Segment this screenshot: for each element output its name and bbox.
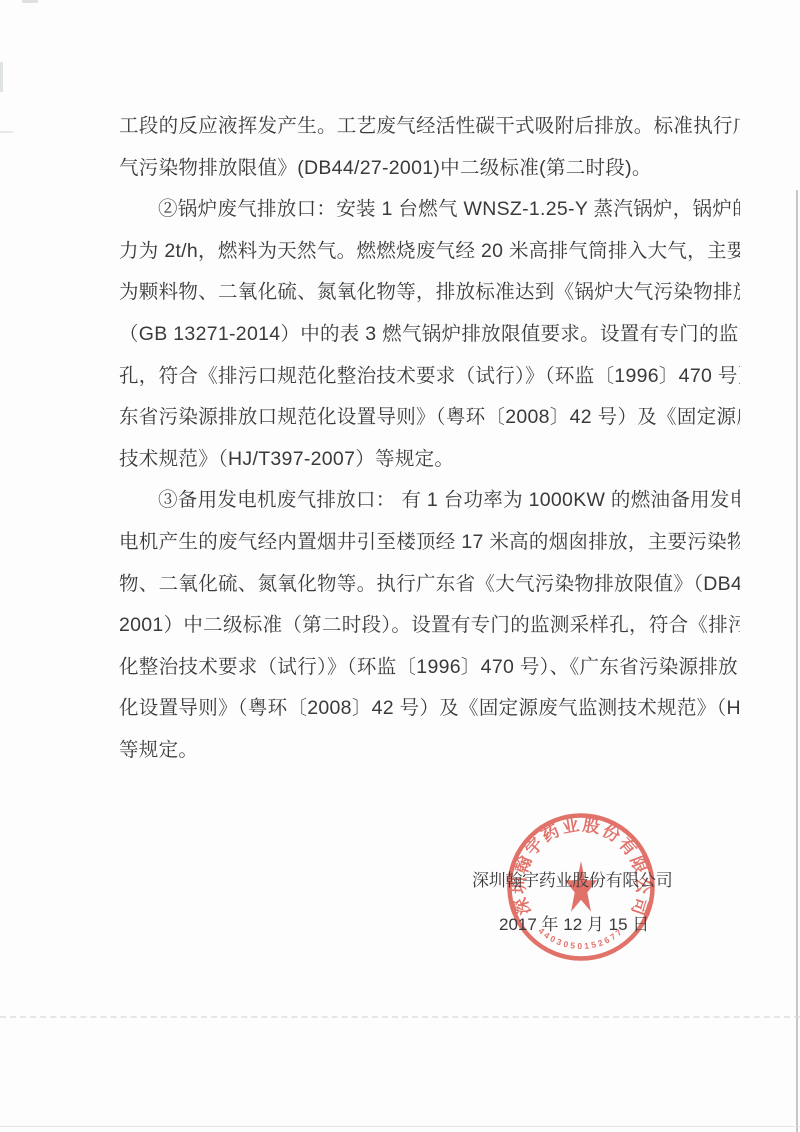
body-line: 化整治技术要求（试行）》（环监〔1996〕470 号）、《广东省污染源排放口规范 bbox=[119, 647, 740, 689]
body-line-paragraph3-start: ③备用发电机废气排放口： 有 1 台功率为 1000KW 的燃油备用发电机，发 bbox=[119, 480, 740, 522]
scan-artifact-bottom-edge bbox=[0, 1126, 800, 1127]
scanned-document-page: 工段的反应液挥发产生。工艺废气经活性碳干式吸附后排放。标准执行广东省《大 气污染… bbox=[0, 0, 800, 1132]
scan-artifact-right-edge bbox=[796, 190, 798, 1132]
body-text: 工段的反应液挥发产生。工艺废气经活性碳干式吸附后排放。标准执行广东省《大 气污染… bbox=[119, 106, 740, 772]
scan-artifact-speck bbox=[22, 0, 38, 3]
body-line: 技术规范》（HJ/T397-2007）等规定。 bbox=[119, 439, 740, 481]
body-line: 2001）中二级标准（第二时段）。设置有专门的监测采样孔，符合《排污口规范 bbox=[119, 605, 740, 647]
body-line: （GB 13271-2014）中的表 3 燃气锅炉排放限值要求。设置有专门的监测… bbox=[119, 314, 740, 356]
body-line: 东省污染源排放口规范化设置导则》（粤环〔2008〕42 号）及《固定源废气监测 bbox=[119, 397, 740, 439]
signature-company-name: 深圳翰宇药业股份有限公司 bbox=[472, 866, 672, 891]
body-line: 物、二氧化硫、氮氧化物等。执行广东省《大气污染物排放限值》（DB44/ 27— bbox=[119, 564, 740, 606]
body-line: 等规定。 bbox=[119, 730, 740, 772]
signature-date: 2017 年 12 月 15 日 bbox=[499, 910, 649, 935]
body-line: 气污染物排放限值》(DB44/27-2001)中二级标准(第二时段)。 bbox=[119, 148, 740, 190]
body-line: 为颗料物、二氧化硫、氮氧化物等，排放标准达到《锅炉大气污染物排放标准》 bbox=[119, 272, 740, 314]
scan-artifact-speck bbox=[0, 62, 3, 92]
body-line: 工段的反应液挥发产生。工艺废气经活性碳干式吸附后排放。标准执行广东省《大 bbox=[119, 106, 740, 148]
scan-artifact-speck bbox=[0, 131, 13, 133]
body-line: 力为 2t/h，燃料为天然气。燃燃烧废气经 20 米高排气筒排入大气，主要污染物 bbox=[119, 231, 740, 273]
body-line: 化设置导则》（粤环〔2008〕42 号）及《固定源废气监测技术规范》（HJ/T3… bbox=[119, 688, 740, 730]
body-line: 孔，符合《排污口规范化整治技术要求（试行）》（环监〔1996〕470 号）、《广 bbox=[119, 356, 740, 398]
body-line: 电机产生的废气经内置烟井引至楼顶经 17 米高的烟囱排放，主要污染物为颗料 bbox=[119, 522, 740, 564]
scan-artifact-fold-line bbox=[0, 1016, 800, 1018]
body-line-paragraph2-start: ②锅炉废气排放口：安装 1 台燃气 WNSZ-1.25-Y 蒸汽锅炉，锅炉的额定… bbox=[119, 189, 740, 231]
